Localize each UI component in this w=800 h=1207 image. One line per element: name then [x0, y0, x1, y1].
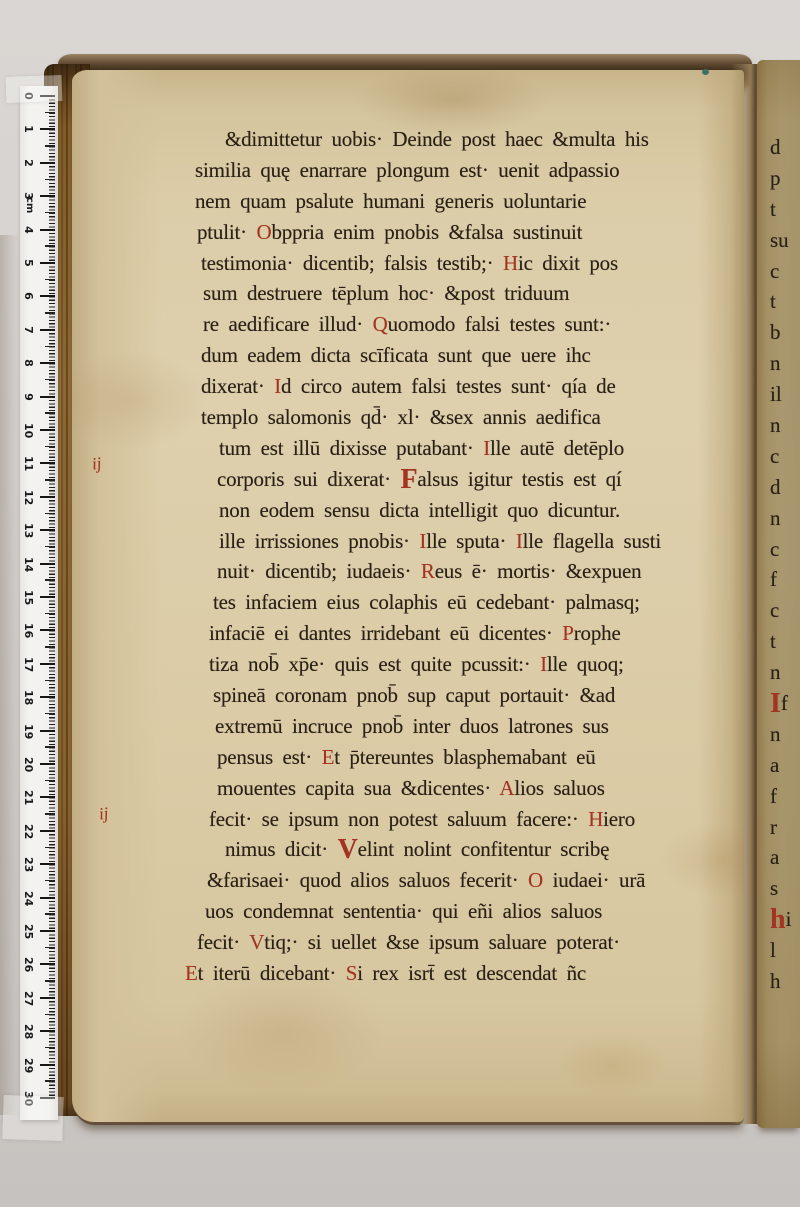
manuscript-photograph: &dimittetur uobis· Deinde post haec &mul…: [0, 0, 800, 1207]
manuscript-line: tum est illū dixisse putabant· Ille autē…: [219, 433, 755, 464]
ruler-half-cm-tick: [45, 646, 55, 648]
ruler-cm-tick: [40, 128, 55, 130]
text-segment: fecit·: [197, 930, 249, 954]
text-segment: &farisaei· quod alios saluos fecerit·: [207, 868, 528, 892]
text-segment: lios saluos: [514, 776, 604, 800]
ruler-cm-number: 23: [22, 857, 34, 871]
ruler-cm-tick: [40, 763, 55, 765]
right-page-line-fragment: su: [770, 225, 791, 256]
text-segment: templo salomonis qd̄· xl· &sex annis aed…: [201, 405, 601, 429]
ruler-half-cm-tick: [45, 479, 55, 481]
manuscript-right-page-sliver: dptsuctbnilncdncfctnIfnafrashilh: [757, 60, 800, 1128]
text-segment: &dimittetur uobis·: [225, 127, 392, 151]
red-margin-mark: ij: [98, 803, 110, 824]
teal-speck: [702, 69, 709, 75]
ruler-cm-number: 7: [22, 323, 34, 337]
ruler-cm-tick: [40, 730, 55, 732]
ruler-half-cm-tick: [45, 446, 55, 448]
right-page-line-fragment: n: [770, 410, 791, 441]
ruler-cm-tick: [40, 863, 55, 865]
ruler-cm-tick: [40, 162, 55, 164]
tape-strip: [2, 1095, 63, 1141]
right-page-line-fragment: b: [770, 317, 791, 348]
ruler-half-cm-tick: [45, 312, 55, 314]
rubricated-initial: V: [249, 930, 264, 954]
text-segment: tum est illū dixisse putabant·: [219, 436, 483, 460]
ruler-cm-tick: [40, 1030, 55, 1032]
right-page-line-fragment: p: [770, 163, 791, 194]
text-segment: d circo autem falsi testes sunt· qía de: [281, 374, 616, 398]
ruler-half-cm-tick: [45, 746, 55, 748]
text-segment: iero: [603, 807, 635, 831]
text-segment: i: [786, 907, 792, 931]
ruler-half-cm-tick: [45, 680, 55, 682]
text-segment: testimonia· dicentib; falsis testib;·: [201, 251, 503, 275]
manuscript-line: extremū incruce pnob̄ inter duos latrone…: [215, 711, 755, 742]
ruler-cm-number: 8: [22, 356, 34, 370]
manuscript-line: nuit· dicentib; iudaeis· Reus ē· mortis·…: [217, 556, 755, 587]
ruler-half-cm-tick: [45, 913, 55, 915]
ruler-cm-tick: [40, 963, 55, 965]
rubricated-initial: Q: [373, 312, 388, 336]
text-segment: fecit· se ipsum non potest saluum facere…: [209, 807, 588, 831]
ruler-cm-tick: [40, 997, 55, 999]
manuscript-line: mouentes capita sua &dicentes· Alios sal…: [217, 773, 755, 804]
right-page-line-fragment: n: [770, 719, 791, 750]
ruler-cm-number: 9: [22, 390, 34, 404]
ruler-cm-number: 10: [22, 423, 34, 437]
right-page-line-fragment: f: [770, 781, 791, 812]
right-page-line-fragment: t: [770, 286, 791, 317]
ruler-half-cm-tick: [45, 613, 55, 615]
ruler-cm-number: 16: [22, 623, 34, 637]
text-segment: mouentes capita sua &dicentes·: [217, 776, 499, 800]
ruler-cm-number: 22: [22, 824, 34, 838]
text-segment: re aedificare illud·: [203, 312, 373, 336]
right-page-line-fragment: c: [770, 441, 791, 472]
text-segment: bppria enim pnobis &falsa sustinuit: [271, 220, 582, 244]
ruler-cm-number: 15: [22, 590, 34, 604]
right-page-line-fragment: n: [770, 657, 791, 688]
ruler-cm-tick: [40, 696, 55, 698]
right-page-line-fragment: t: [770, 626, 791, 657]
ruler-cm-tick: [40, 563, 55, 565]
rubricated-initial: S: [346, 961, 357, 985]
ruler-cm-tick: [40, 195, 55, 197]
ruler-half-cm-tick: [45, 179, 55, 181]
right-page-line-fragment: t: [770, 194, 791, 225]
right-page-line-fragment: hi: [770, 904, 791, 935]
cm-ruler: cm 0123456789101112131415161718192021222…: [20, 86, 58, 1120]
ruler-cm-tick: [40, 262, 55, 264]
manuscript-line: dum eadem dicta scīficata sunt que uere …: [201, 340, 755, 371]
ruler-cm-number: 6: [22, 289, 34, 303]
right-page-line-fragment: h: [770, 966, 791, 997]
text-segment: spineā coronam pnob̄ sup caput portauit·…: [213, 683, 615, 707]
text-segment: dixerat·: [201, 374, 274, 398]
ruler-half-cm-tick: [45, 1080, 55, 1082]
manuscript-line: uos condemnat sententia· qui eñi alios s…: [205, 896, 755, 927]
manuscript-line: nimus dicit· Velint nolint confitentur s…: [225, 834, 755, 865]
right-page-text-fragments: dptsuctbnilncdncfctnIfnafrashilh: [770, 132, 791, 997]
ruler-half-cm-tick: [45, 513, 55, 515]
right-page-line-fragment: r: [770, 812, 791, 843]
manuscript-line: tes infaciem eius colaphis eū cedebant· …: [213, 587, 755, 618]
ruler-half-cm-tick: [45, 780, 55, 782]
rubricated-initial: I: [540, 652, 547, 676]
right-page-line-fragment: f: [770, 564, 791, 595]
rubricated-initial: F: [400, 464, 417, 495]
text-segment: elint nolint confitentur scribę: [358, 837, 610, 861]
text-segment: rophe: [574, 621, 621, 645]
ruler-cm-number: 17: [22, 657, 34, 671]
text-segment: uomodo falsi testes sunt:·: [388, 312, 612, 336]
text-segment: pensus est·: [217, 745, 322, 769]
text-segment: eus ē· mortis· &expuen: [435, 559, 642, 583]
right-page-line-fragment: a: [770, 842, 791, 873]
ruler-half-cm-tick: [45, 112, 55, 114]
ruler-half-cm-tick: [45, 346, 55, 348]
ruler-cm-number: 24: [22, 891, 34, 905]
text-segment: similia quę enarrare plongum est· uenit …: [195, 158, 619, 182]
ruler-half-cm-tick: [45, 980, 55, 982]
text-segment: ic dixit pos: [518, 251, 618, 275]
manuscript-line: corporis sui dixerat· Falsus igitur test…: [217, 464, 755, 495]
ruler-cm-number: 20: [22, 757, 34, 771]
ruler-half-cm-tick: [45, 279, 55, 281]
text-segment: D: [392, 127, 407, 151]
ruler-half-cm-tick: [45, 245, 55, 247]
text-segment: lle quoq;: [547, 652, 624, 676]
ruler-half-cm-tick: [45, 379, 55, 381]
ruler-cm-number: 11: [22, 456, 34, 470]
text-segment: alsus igitur testis est qí: [417, 467, 621, 491]
rubricated-initial: A: [499, 776, 514, 800]
ruler-cm-number: 18: [22, 690, 34, 704]
right-page-line-fragment: If: [770, 688, 791, 719]
ruler-half-cm-tick: [45, 412, 55, 414]
tape-strip: [6, 75, 63, 103]
text-segment: uos condemnat sententia· qui eñi alios s…: [205, 899, 602, 923]
text-segment: t p̄tereuntes blasphemabant eū: [334, 745, 595, 769]
manuscript-line: Et iterū dicebant· Si rex isrt̄ est desc…: [185, 958, 755, 989]
ruler-cm-number: 19: [22, 724, 34, 738]
text-segment: tiza nob̄ xp̄e· quis est quite pcussit:·: [209, 652, 540, 676]
text-segment: f: [781, 691, 788, 715]
book-cover-edge-shadow: [0, 235, 20, 1115]
text-segment: tiq;· si uellet &se ipsum saluare potera…: [264, 930, 620, 954]
ruler-cm-tick: [40, 596, 55, 598]
ruler-cm-number: 14: [22, 557, 34, 571]
ruler-cm-tick: [40, 897, 55, 899]
text-segment: lle sputa·: [426, 529, 516, 553]
ruler-half-cm-tick: [45, 713, 55, 715]
ruler-cm-number: 4: [22, 223, 34, 237]
manuscript-line: ille irrissiones pnobis· Ille sputa· Ill…: [219, 526, 755, 557]
ruler-cm-number: 27: [22, 991, 34, 1005]
ruler-half-cm-tick: [45, 880, 55, 882]
right-page-line-fragment: l: [770, 935, 791, 966]
manuscript-line: &dimittetur uobis· Deinde post haec &mul…: [225, 124, 755, 155]
text-segment: lle flagella susti: [523, 529, 661, 553]
rubricated-initial: O: [528, 868, 543, 892]
manuscript-line: tiza nob̄ xp̄e· quis est quite pcussit:·…: [209, 649, 755, 680]
manuscript-line: &farisaei· quod alios saluos fecerit· O …: [207, 865, 755, 896]
right-page-line-fragment: a: [770, 750, 791, 781]
ruler-cm-tick: [40, 629, 55, 631]
ruler-cm-tick: [40, 529, 55, 531]
text-segment: nem quam psalute humani generis uoluntar…: [195, 189, 586, 213]
manuscript-line: non eodem sensu dicta intelligit quo dic…: [219, 495, 755, 526]
rubricated-initial: E: [322, 745, 335, 769]
rubricated-initial: V: [338, 834, 358, 865]
ruler-cm-tick: [40, 930, 55, 932]
ruler-cm-number: 5: [22, 256, 34, 270]
ruler-half-cm-tick: [45, 145, 55, 147]
manuscript-line: fecit· Vtiq;· si uellet &se ipsum saluar…: [197, 927, 755, 958]
manuscript-line: infaciē ei dantes irridebant eū dicentes…: [209, 618, 755, 649]
manuscript-line: pensus est· Et p̄tereuntes blasphemabant…: [217, 742, 755, 773]
ruler-cm-tick: [40, 830, 55, 832]
text-segment: nimus dicit·: [225, 837, 338, 861]
right-page-line-fragment: d: [770, 132, 791, 163]
ruler-cm-number: 1: [22, 122, 34, 136]
text-segment: tes infaciem eius colaphis eū cedebant· …: [213, 590, 640, 614]
ruler-cm-tick: [40, 496, 55, 498]
text-segment: iudaei· urā: [543, 868, 645, 892]
ruler-cm-tick: [40, 663, 55, 665]
ruler-half-cm-tick: [45, 579, 55, 581]
rubricated-initial: E: [185, 961, 198, 985]
ruler-half-cm-tick: [45, 813, 55, 815]
ruler-cm-number: 2: [22, 156, 34, 170]
ruler-cm-tick: [40, 329, 55, 331]
text-segment: t iterū dicebant·: [198, 961, 346, 985]
manuscript-line: re aedificare illud· Quomodo falsi teste…: [203, 309, 755, 340]
ruler-cm-number: 21: [22, 790, 34, 804]
right-page-line-fragment: n: [770, 348, 791, 379]
rubricated-initial: h: [770, 904, 786, 935]
text-segment: non eodem sensu dicta intelligit quo dic…: [219, 498, 620, 522]
red-margin-mark: ij: [91, 453, 103, 474]
ruler-cm-number: 12: [22, 490, 34, 504]
manuscript-line: fecit· se ipsum non potest saluum facere…: [209, 804, 755, 835]
ruler-cm-tick: [40, 396, 55, 398]
manuscript-left-page: &dimittetur uobis· Deinde post haec &mul…: [72, 70, 744, 1125]
rubricated-initial: I: [516, 529, 523, 553]
text-segment: extremū incruce pnob̄ inter duos latrone…: [215, 714, 609, 738]
manuscript-line: testimonia· dicentib; falsis testib;· Hi…: [201, 248, 755, 279]
manuscript-line: dixerat· Id circo autem falsi testes sun…: [201, 371, 755, 402]
right-page-line-fragment: n: [770, 503, 791, 534]
ruler-cm-tick: [40, 462, 55, 464]
text-segment: i rex isrt̄ est descendat ñc: [357, 961, 586, 985]
manuscript-line: nem quam psalute humani generis uoluntar…: [195, 186, 755, 217]
ruler-cm-number: 26: [22, 957, 34, 971]
ruler-cm-tick: [40, 362, 55, 364]
right-page-line-fragment: c: [770, 256, 791, 287]
manuscript-line: sum destruere tēplum hoc· &post triduum: [203, 278, 755, 309]
rubricated-initial: H: [503, 251, 518, 275]
ruler-cm-tick: [40, 229, 55, 231]
right-page-line-fragment: il: [770, 379, 791, 410]
rubricated-initial: I: [770, 688, 781, 719]
rubricated-initial: P: [562, 621, 573, 645]
text-segment: sum destruere tēplum hoc· &post triduum: [203, 281, 569, 305]
text-segment: einde post haec &multa his: [407, 127, 648, 151]
ruler-half-cm-tick: [45, 212, 55, 214]
rubricated-initial: H: [588, 807, 603, 831]
ruler-half-cm-tick: [45, 546, 55, 548]
right-page-line-fragment: c: [770, 595, 791, 626]
ruler-cm-number: 13: [22, 523, 34, 537]
ruler-cm-number: 29: [22, 1058, 34, 1072]
ruler-cm-tick: [40, 295, 55, 297]
ruler-cm-number: 28: [22, 1024, 34, 1038]
right-page-line-fragment: c: [770, 534, 791, 565]
text-segment: lle autē detēplo: [490, 436, 624, 460]
right-page-line-fragment: s: [770, 873, 791, 904]
rubricated-initial: O: [256, 220, 271, 244]
right-page-line-fragment: d: [770, 472, 791, 503]
ruler-cm-tick: [40, 796, 55, 798]
manuscript-line: templo salomonis qd̄· xl· &sex annis aed…: [201, 402, 755, 433]
rubricated-initial: I: [483, 436, 490, 460]
ruler-cm-number: 25: [22, 924, 34, 938]
ruler-cm-tick: [40, 1064, 55, 1066]
text-segment: corporis sui dixerat·: [217, 467, 400, 491]
manuscript-line: ptulit· Obppria enim pnobis &falsa susti…: [197, 217, 755, 248]
text-segment: dum eadem dicta scīficata sunt que uere …: [201, 343, 591, 367]
text-segment: ille irrissiones pnobis·: [219, 529, 419, 553]
manuscript-line: similia quę enarrare plongum est· uenit …: [195, 155, 755, 186]
ruler-cm-tick: [40, 429, 55, 431]
manuscript-text-block: &dimittetur uobis· Deinde post haec &mul…: [195, 124, 755, 989]
ruler-half-cm-tick: [45, 847, 55, 849]
text-segment: ptulit·: [197, 220, 256, 244]
text-segment: nuit· dicentib; iudaeis·: [217, 559, 421, 583]
ruler-half-cm-tick: [45, 1047, 55, 1049]
ruler-cm-number: 3: [22, 189, 34, 203]
text-segment: infaciē ei dantes irridebant eū dicentes…: [209, 621, 562, 645]
ruler-half-cm-tick: [45, 947, 55, 949]
manuscript-line: spineā coronam pnob̄ sup caput portauit·…: [213, 680, 755, 711]
ruler-half-cm-tick: [45, 1014, 55, 1016]
rubricated-initial: R: [421, 559, 435, 583]
